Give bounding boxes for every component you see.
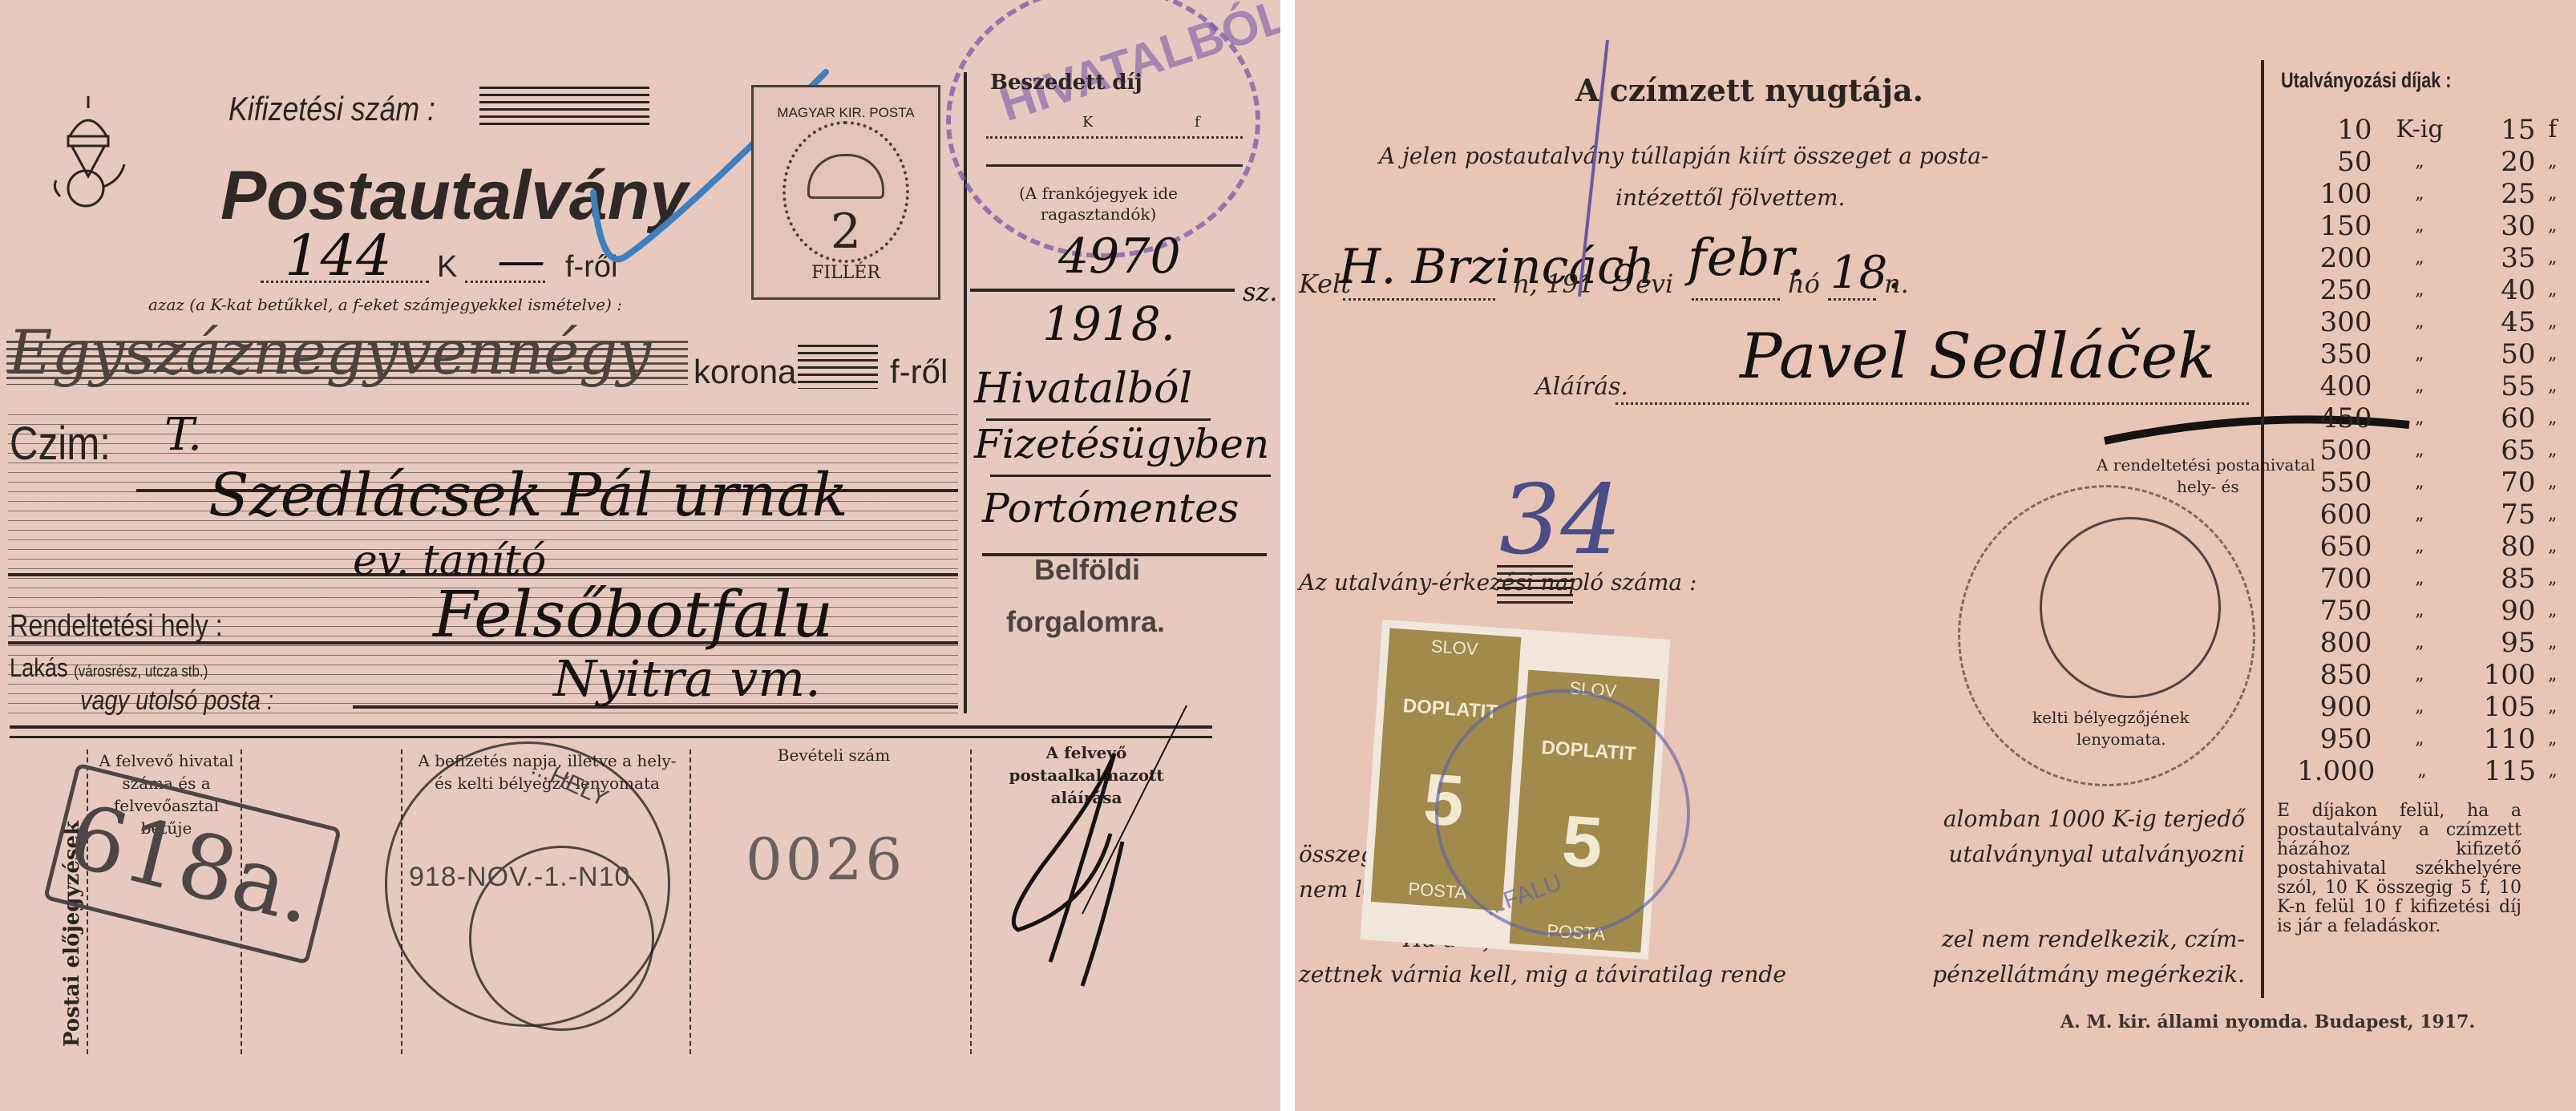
- destination-place[interactable]: Felsőbotfalu: [433, 577, 833, 652]
- fee-cell-f: 50: [2468, 338, 2536, 370]
- fee-cell-k: 50: [2297, 146, 2372, 178]
- fee-cell-k: 400: [2297, 370, 2372, 402]
- address-label: Czim:: [10, 417, 111, 471]
- fee-cell-f: 70: [2468, 467, 2536, 499]
- stamp-bottom-text: FILLÉR: [811, 263, 880, 283]
- amount-in-words[interactable]: Egyszáznegyvennégy: [8, 317, 650, 388]
- fee-cell-k: 10: [2297, 114, 2372, 146]
- fee-cell-unit: „: [2372, 467, 2468, 499]
- fee-table-row: 700„85„: [2297, 563, 2570, 595]
- postmark-date: 918-NOV.-1.-N10: [409, 862, 630, 893]
- fee-cell-fu: „: [2536, 146, 2570, 178]
- fee-table-row: 100„25„: [2297, 178, 2570, 210]
- fee-cell-fu: „: [2536, 531, 2570, 563]
- office-stamp-label-3: kelti bélyegzőjének: [2032, 708, 2190, 727]
- office-number-text: 618a.: [59, 784, 326, 943]
- receipt-text-line-2: intézettől fölvettem.: [1616, 184, 1845, 211]
- para1-frag: alomban 1000 K-ig terjedő: [1943, 802, 2245, 837]
- receipt-number: 0026: [746, 826, 905, 893]
- signature-label: Aláírás.: [1535, 373, 1628, 401]
- cancellation-postmark: [1435, 689, 1690, 936]
- para2-frag: zel nem rendelkezik, czím-: [1942, 922, 2245, 957]
- fee-cell-f: 25: [2468, 178, 2536, 210]
- fee-table-row: 600„75„: [2297, 499, 2570, 531]
- fee-table-row: 10K-ig15f: [2297, 114, 2570, 146]
- amount-crowns-line: [261, 281, 429, 283]
- fee-table-row: 800„95„: [2297, 627, 2570, 659]
- fee-cell-fu: „: [2536, 306, 2570, 338]
- fee-cell-fu: „: [2536, 402, 2570, 434]
- fee-cell-unit: „: [2372, 242, 2468, 274]
- fee-cell-f: 85: [2468, 563, 2536, 595]
- fee-cell-k: 750: [2297, 595, 2372, 627]
- fee-cell-unit: „: [2372, 531, 2468, 563]
- para2-frag: pénzellátmány megérkezik.: [1932, 957, 2245, 992]
- county[interactable]: Nyitra vm.: [553, 649, 821, 708]
- fee-cell-k: 600: [2297, 499, 2372, 531]
- korona-label: korona: [694, 353, 796, 391]
- domestic-label-2: forgalomra.: [1006, 605, 1165, 639]
- fee-cell-k: 650: [2297, 531, 2372, 563]
- recipient-signature[interactable]: Pavel Sedláček: [1740, 321, 2216, 393]
- receipt-title: A czímzett nyugtája.: [1575, 72, 1923, 108]
- amount-crowns[interactable]: 144: [285, 223, 392, 289]
- handwritten-year: 1918.: [1042, 297, 1175, 351]
- fee-cell-f: 45: [2468, 306, 2536, 338]
- fee-cell-fu: „: [2536, 659, 2570, 691]
- fee-table-row: 500„65„: [2297, 434, 2570, 467]
- fee-cell-fu: „: [2536, 434, 2570, 467]
- place-line: [1343, 298, 1495, 301]
- fee-cell-unit: „: [2372, 499, 2468, 531]
- fee-cell-k: 150: [2297, 210, 2372, 242]
- fee-cell-fu: „: [2536, 210, 2570, 242]
- domestic-label-1: Belföldi: [1034, 553, 1140, 587]
- housing-label: Lakás (városrész, utcza stb.): [10, 653, 208, 683]
- fee-cell-k: 500: [2297, 434, 2372, 467]
- fee-cell-fu: „: [2536, 691, 2570, 723]
- words-filler-field[interactable]: [798, 345, 878, 389]
- handwritten-rule: [990, 475, 1271, 477]
- fee-cell-f: 15: [2468, 114, 2536, 146]
- fee-cell-fu: „: [2536, 723, 2570, 755]
- fee-table-rows: 10K-ig15f50„20„100„25„150„30„200„35„250„…: [2297, 114, 2570, 787]
- fee-table-row: 550„70„: [2297, 467, 2570, 499]
- fee-cell-f: 60: [2468, 402, 2536, 434]
- housing-label-text: Lakás: [10, 653, 68, 682]
- fee-cell-f: 80: [2468, 531, 2536, 563]
- fee-cell-unit: „: [2372, 178, 2468, 210]
- fee-cell-k: 250: [2297, 274, 2372, 306]
- fee-cell-k: 200: [2297, 242, 2372, 274]
- fee-cell-f: 40: [2468, 274, 2536, 306]
- fee-cell-k: 450: [2297, 402, 2372, 434]
- date-evi-label: évi: [1636, 269, 1673, 299]
- fee-box-label: Beszedett díj: [990, 71, 1142, 95]
- fee-cell-f: 35: [2468, 242, 2536, 274]
- fee-cell-fu: „: [2536, 467, 2570, 499]
- fee-cell-unit: „: [2372, 691, 2468, 723]
- journal-number[interactable]: 34: [1499, 465, 1622, 576]
- fee-cell-k: 350: [2297, 338, 2372, 370]
- fee-cell-fu: „: [2536, 274, 2570, 306]
- fee-cell-fu: „: [2536, 595, 2570, 627]
- fee-cell-f: 110: [2468, 723, 2536, 755]
- fee-table-row: 150„30„: [2297, 210, 2570, 242]
- fee-table-row: 750„90„: [2297, 595, 2570, 627]
- handwritten-rule: [970, 289, 1235, 292]
- stamp-value: 2: [831, 204, 861, 260]
- payment-number-label: Kifizetési szám :: [228, 90, 435, 128]
- crown-posthorn-emblem-icon: [44, 92, 132, 220]
- fee-cell-fu: „: [2536, 338, 2570, 370]
- fee-box-line: [986, 136, 1243, 139]
- handwritten-suffix: sz.: [1243, 277, 1277, 307]
- clerk-signature: [994, 705, 1203, 994]
- fee-cell-f: 105: [2468, 691, 2536, 723]
- fee-cell-f: 95: [2468, 627, 2536, 659]
- address-salutation[interactable]: T.: [164, 409, 202, 461]
- fee-cell-fu: „: [2536, 627, 2570, 659]
- fee-cell-unit: „: [2375, 755, 2469, 787]
- destination-postmark-inner: [2040, 517, 2221, 698]
- fee-table-row: 1.000„115„: [2297, 755, 2570, 787]
- imprinted-stamp: MAGYAR KIR. POSTA 2 FILLÉR: [751, 85, 940, 300]
- fee-table-row: 300„45„: [2297, 306, 2570, 338]
- fee-cell-unit: „: [2372, 659, 2468, 691]
- fee-cell-k: 550: [2297, 467, 2372, 499]
- fee-cell-unit: K-ig: [2372, 114, 2468, 146]
- column-divider: [689, 749, 691, 1054]
- last-post-label: vagy utolsó posta :: [80, 685, 273, 717]
- fee-cell-k: 950: [2297, 723, 2372, 755]
- fee-cell-unit: „: [2372, 723, 2468, 755]
- fee-cell-fu: f: [2536, 114, 2570, 146]
- handwritten-exempt: Portómentes: [982, 485, 1239, 531]
- fee-table-row: 400„55„: [2297, 370, 2570, 402]
- handwritten-payment: Fizetésügyben: [974, 421, 1269, 467]
- fee-cell-unit: „: [2372, 146, 2468, 178]
- destination-label: Rendeltetési hely :: [10, 609, 223, 644]
- words-f-label: f-ről: [890, 353, 948, 391]
- fee-cell-unit: „: [2372, 338, 2468, 370]
- para1-frag: utalványnyal utalványozni: [1948, 837, 2245, 872]
- fee-table-row: 200„35„: [2297, 242, 2570, 274]
- fee-cell-unit: „: [2372, 627, 2468, 659]
- fee-table-row: 900„105„: [2297, 691, 2570, 723]
- fee-cell-fu: „: [2536, 242, 2570, 274]
- purple-pencil-stroke: [1559, 40, 1624, 305]
- fee-table-row: 950„110„: [2297, 723, 2570, 755]
- date-n2-label: n.: [1884, 269, 1909, 299]
- office-stamp-label-1: A rendeltetési postahivatal: [2097, 455, 2315, 475]
- month-line: [1692, 298, 1780, 301]
- fee-cell-f: 115: [2469, 755, 2536, 787]
- fee-table-row: 850„100„: [2297, 659, 2570, 691]
- fee-table-row: 50„20„: [2297, 146, 2570, 178]
- fee-cell-fu: „: [2536, 370, 2570, 402]
- housing-sub-label: (városrész, utcza stb.): [74, 663, 208, 681]
- para2-frag: zettnek várnia kell, mig a táviratilag r…: [1299, 957, 1786, 992]
- address-recipient-name[interactable]: Szedlácsek Pál urnak: [208, 461, 848, 530]
- office-stamp-label-2: hely- és: [2177, 477, 2239, 496]
- fee-cell-fu: „: [2536, 563, 2570, 595]
- fee-table-row: 650„80„: [2297, 531, 2570, 563]
- fee-cell-f: 100: [2468, 659, 2536, 691]
- holy-crown-icon: [807, 154, 884, 199]
- fee-cell-k: 1.000: [2297, 755, 2375, 787]
- fee-box-k: K: [1082, 114, 1093, 131]
- repeat-instruction: azaz (a K-kat betűkkel, a f-eket számjeg…: [148, 295, 622, 314]
- fee-table-title: Utalványozási díjak :: [2281, 68, 2451, 93]
- fee-cell-k: 700: [2297, 563, 2372, 595]
- fee-cell-unit: „: [2372, 370, 2468, 402]
- fee-cell-unit: „: [2372, 274, 2468, 306]
- amount-k-label: K: [437, 250, 457, 285]
- fee-cell-f: 20: [2468, 146, 2536, 178]
- stamp-top-text: MAGYAR KIR. POSTA: [777, 105, 914, 121]
- date-ho-label: hó: [1788, 269, 1820, 299]
- fee-cell-f: 55: [2468, 370, 2536, 402]
- fee-table-row: 450„60„: [2297, 402, 2570, 434]
- money-order-receipt: A czímzett nyugtája. A jelen postautalvá…: [1295, 0, 2576, 1111]
- fee-box-f: f: [1195, 114, 1200, 131]
- fee-cell-k: 900: [2297, 691, 2372, 723]
- col-receipt-header: Bevételi szám: [722, 745, 946, 765]
- stamp-oval: 2: [783, 121, 909, 263]
- fee-cell-unit: „: [2372, 402, 2468, 434]
- fee-table-row: 350„50„: [2297, 338, 2570, 370]
- fee-box-rule: [986, 164, 1243, 167]
- fee-cell-fu: „: [2536, 755, 2570, 787]
- fee-table-row: 250„40„: [2297, 274, 2570, 306]
- fee-cell-unit: „: [2372, 563, 2468, 595]
- fee-cell-f: 75: [2468, 499, 2536, 531]
- fee-cell-unit: „: [2372, 434, 2468, 467]
- fee-cell-f: 30: [2468, 210, 2536, 242]
- fee-cell-unit: „: [2372, 210, 2468, 242]
- fee-cell-k: 100: [2297, 178, 2372, 210]
- stamp-country: SLOV: [1430, 636, 1478, 660]
- fee-box-note: (A frankójegyek ide ragasztandók): [994, 183, 1203, 224]
- fee-cell-k: 800: [2297, 627, 2372, 659]
- handwritten-official: Hivatalból: [974, 365, 1192, 413]
- office-stamp-label-4: lenyomata.: [2077, 729, 2166, 749]
- money-order-front: Kifizetési szám : Postautalvány 144 K — …: [0, 0, 1280, 1111]
- fee-cell-k: 300: [2297, 306, 2372, 338]
- fee-cell-f: 90: [2468, 595, 2536, 627]
- fee-cell-unit: „: [2372, 306, 2468, 338]
- fee-cell-fu: „: [2536, 499, 2570, 531]
- fee-table-footnote: E díjakon felül, ha a postautalvány a cz…: [2277, 802, 2521, 936]
- receipt-text-line-1: A jelen postautalvány túllapján kiírt ös…: [1379, 143, 1988, 169]
- fee-cell-unit: „: [2372, 595, 2468, 627]
- column-divider: [970, 749, 972, 1054]
- fee-cell-f: 65: [2468, 434, 2536, 467]
- fee-cell-k: 850: [2297, 659, 2372, 691]
- handwritten-ref-number[interactable]: 4970: [1058, 228, 1181, 285]
- fee-table-divider: [2261, 60, 2264, 998]
- printer-imprint: A. M. kir. állami nyomda. Budapest, 1917…: [2060, 1012, 2475, 1032]
- amount-filler-line: [465, 281, 545, 283]
- fee-cell-fu: „: [2536, 178, 2570, 210]
